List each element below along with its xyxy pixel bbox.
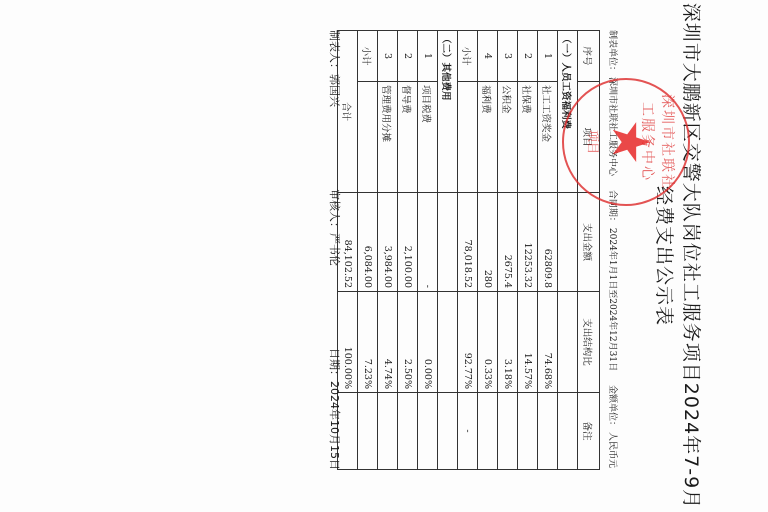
row-item: 社保费 [518, 82, 538, 193]
header-amount: 支出金额 [578, 193, 600, 292]
contract-label: 合同期： [607, 190, 617, 226]
row-number: 3 [378, 31, 398, 82]
row-amount: 3,984.00 [378, 193, 398, 292]
row-note [538, 393, 558, 470]
rotated-document-page: 深圳市大鹏新区交警大队岗位社工服务项目2024年7-9月经费支出公示表 制表单位… [0, 0, 768, 512]
row-pct: 74.68% [538, 292, 558, 393]
row-amount: 62809.8 [538, 193, 558, 292]
table-row: 2社保费12253.3214.57% [518, 31, 538, 470]
preparer: 制表人：郭国兴 [327, 30, 343, 107]
section-row: （一）人员工资福利费 [558, 31, 578, 470]
reviewer: 审核人：严书伦 [327, 189, 343, 266]
row-number: 1 [418, 31, 438, 82]
row-pct: 0.33% [478, 292, 498, 393]
row-number: 1 [538, 31, 558, 82]
contract-value: 2024年1月1日至2024年12月31日 [607, 228, 617, 371]
row-note [378, 393, 398, 470]
row-item: 福利费 [478, 82, 498, 193]
row-note [478, 393, 498, 470]
row-number: 4 [478, 31, 498, 82]
row-pct: 0.00% [418, 292, 438, 393]
section2-rows: 1项目税费-0.00%2督导费2,100.002.50%3管理费用分摊3,984… [378, 31, 438, 470]
section1-rows: 1社工工资奖金62809.874.68%2社保费12253.3214.57%3公… [478, 31, 558, 470]
table-row: 1项目税费-0.00% [418, 31, 438, 470]
table-header-row: 序号 项目 支出金额 支出结构比 备注 [578, 31, 600, 470]
row-item: 管理费用分摊 [378, 82, 398, 193]
subtotal-pct: 92.77% [458, 292, 478, 393]
org-label: 制表单位： [607, 30, 617, 75]
subtotal-note: - [458, 393, 478, 470]
table-row: 3公积金2675.43.18% [498, 31, 518, 470]
unit-label: 金额单位： [607, 385, 617, 430]
table-row: 3管理费用分摊3,984.004.74% [378, 31, 398, 470]
document-meta: 制表单位：深圳市社联社工服务中心 合同期：2024年1月1日至2024年12月3… [607, 30, 620, 470]
row-item: 公积金 [498, 82, 518, 193]
unit-value: 人民币元 [607, 432, 617, 468]
row-item: 项目税费 [418, 82, 438, 193]
table-row: 2督导费2,100.002.50% [398, 31, 418, 470]
row-number: 3 [498, 31, 518, 82]
org-value: 深圳市社联社工服务中心 [607, 77, 617, 176]
row-amount: 2,100.00 [398, 193, 418, 292]
row-pct: 14.57% [518, 292, 538, 393]
meta-unit: 金额单位：人民币元 [607, 385, 620, 470]
subtotal-amount: 78,018.52 [458, 193, 478, 292]
section2-label: （二）其他费用 [438, 31, 458, 193]
row-pct: 3.18% [498, 292, 518, 393]
expense-table: 序号 项目 支出金额 支出结构比 备注 （一）人员工资福利费 1社工工资奖金62… [337, 30, 600, 470]
subtotal-label: 小计 [358, 31, 378, 82]
header-note: 备注 [578, 393, 600, 470]
document-footer: 制表人：郭国兴 审核人：严书伦 日期：2024年10月15日 [327, 30, 343, 470]
row-number: 2 [398, 31, 418, 82]
row-item: 督导费 [398, 82, 418, 193]
table-row: 4福利费2800.33% [478, 31, 498, 470]
subtotal-pct: 7.23% [358, 292, 378, 393]
row-note [498, 393, 518, 470]
meta-org: 制表单位：深圳市社联社工服务中心 [607, 30, 620, 178]
subtotal-row: 小计 78,018.52 92.77% - [458, 31, 478, 470]
subtotal-amount: 6,084.00 [358, 193, 378, 292]
row-note [398, 393, 418, 470]
row-item: 社工工资奖金 [538, 82, 558, 193]
row-amount: 280 [478, 193, 498, 292]
section-row: （二）其他费用 [438, 31, 458, 470]
row-pct: 4.74% [378, 292, 398, 393]
row-number: 2 [518, 31, 538, 82]
subtotal-row: 小计 6,084.00 7.23% [358, 31, 378, 470]
row-amount: - [418, 193, 438, 292]
header-item: 项目 [578, 82, 600, 193]
row-pct: 2.50% [398, 292, 418, 393]
document-title: 深圳市大鹏新区交警大队岗位社工服务项目2024年7-9月经费支出公示表 [652, 0, 706, 512]
row-amount: 2675.4 [498, 193, 518, 292]
subtotal-note [358, 393, 378, 470]
date: 日期：2024年10月15日 [327, 348, 343, 470]
table-row: 1社工工资奖金62809.874.68% [538, 31, 558, 470]
section1-label: （一）人员工资福利费 [558, 31, 578, 193]
row-note [518, 393, 538, 470]
row-amount: 12253.32 [518, 193, 538, 292]
header-no: 序号 [578, 31, 600, 82]
header-pct: 支出结构比 [578, 292, 600, 393]
meta-contract: 合同期：2024年1月1日至2024年12月31日 [607, 190, 620, 373]
row-note [418, 393, 438, 470]
subtotal-label: 小计 [458, 31, 478, 82]
